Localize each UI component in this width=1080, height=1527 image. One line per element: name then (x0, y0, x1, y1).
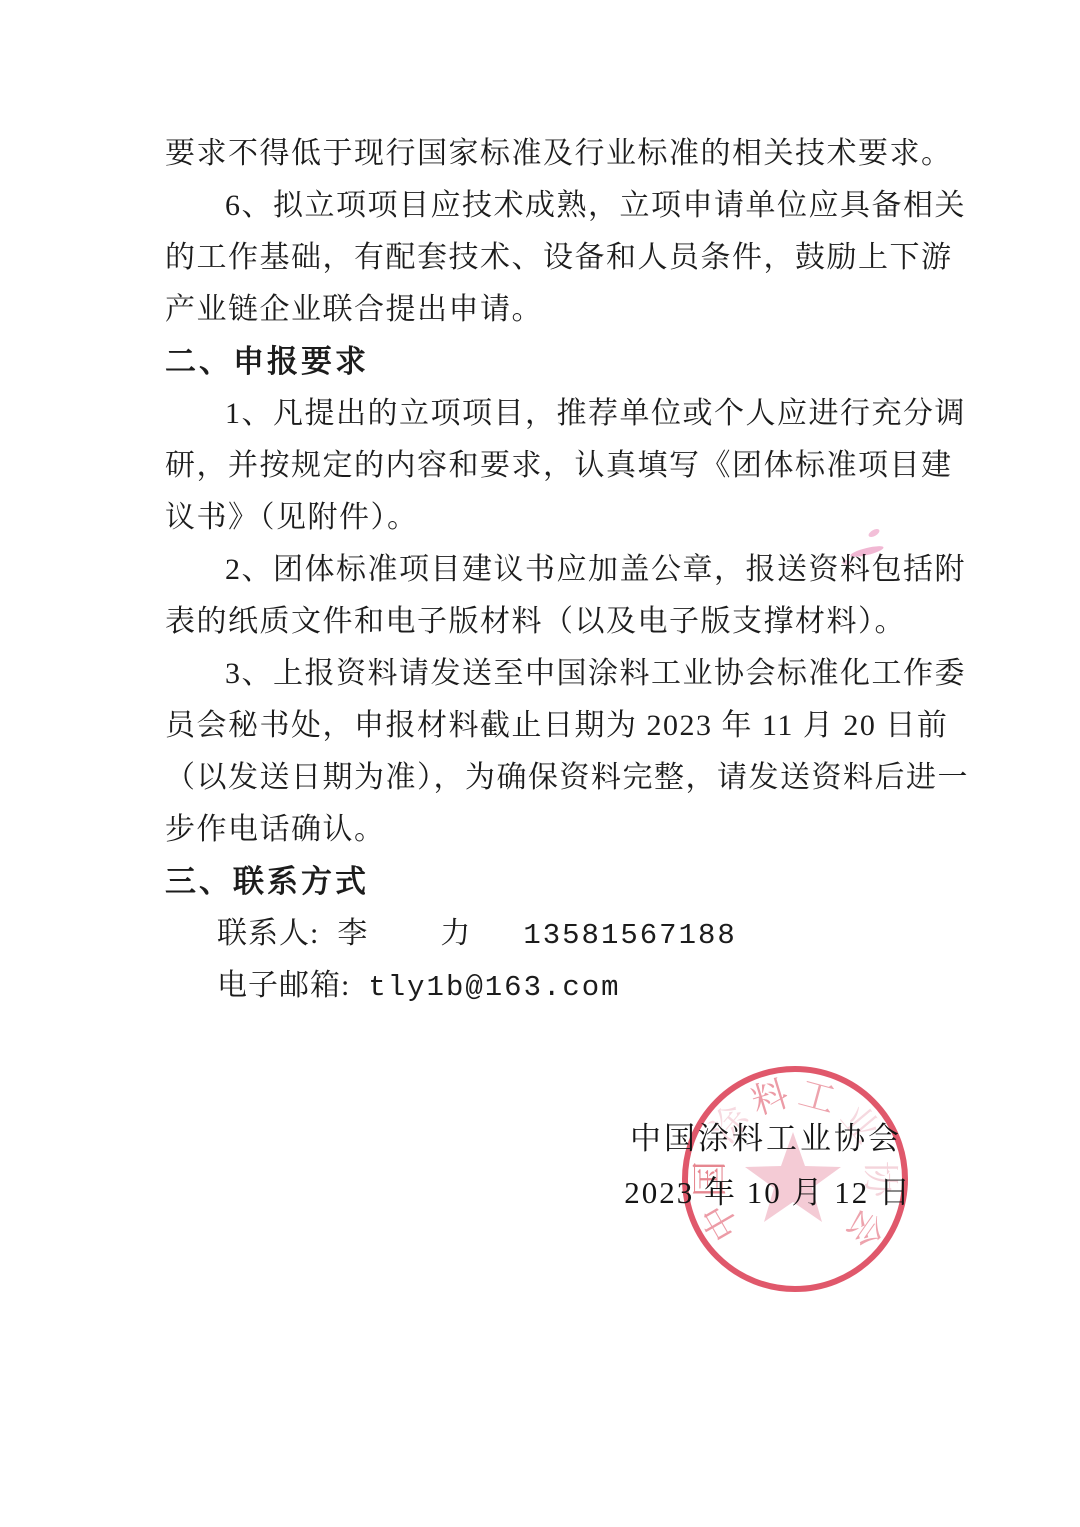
signature-date: 2023 年 10 月 12 日 (624, 1167, 912, 1212)
contact-person-row: 联系人:李力13581567188 (165, 908, 915, 960)
text-line: 步作电话确认。 (165, 804, 915, 856)
contact-email-label: 电子邮箱: (217, 969, 350, 1002)
text-line: （以发送日期为准），为确保资料完整，请发送资料后进一 (165, 752, 915, 804)
contact-email-row: 电子邮箱:tly1b@163.com (165, 960, 915, 1012)
text-line: 研，并按规定的内容和要求，认真填写《团体标准项目建 (165, 440, 915, 492)
text-line: 的工作基础，有配套技术、设备和人员条件，鼓励上下游 (165, 232, 915, 284)
scanned-notice-page: { "page": { "background": "#ffffff", "te… (0, 0, 1080, 1527)
document-body: 要求不得低于现行国家标准及行业标准的相关技术要求。 6、拟立项项目应技术成熟，立… (165, 128, 915, 1012)
text-line: 1、凡提出的立项项目，推荐单位或个人应进行充分调 (165, 388, 915, 440)
text-line: 议书》（见附件）。 (165, 492, 915, 544)
signature-organization: 中国涂料工业协会 (630, 1113, 902, 1158)
text-line: 员会秘书处，申报材料截止日期为 2023 年 11 月 20 日前 (165, 700, 915, 752)
text-line: 3、上报资料请发送至中国涂料工业协会标准化工作委 (165, 648, 915, 700)
contact-email: tly1b@163.com (368, 971, 620, 1004)
contact-person-label: 联系人: (217, 917, 319, 950)
text-line: 要求不得低于现行国家标准及行业标准的相关技术要求。 (165, 128, 915, 180)
contact-surname: 李 (337, 917, 368, 950)
text-line: 6、拟立项项目应技术成熟，立项申请单位应具备相关 (165, 180, 915, 232)
section-heading-contact: 三、联系方式 (165, 856, 915, 908)
contact-given-name: 力 (440, 917, 471, 950)
text-line: 表的纸质文件和电子版材料（以及电子版支撑材料）。 (165, 596, 915, 648)
text-line: 2、团体标准项目建议书应加盖公章，报送资料包括附 (165, 544, 915, 596)
section-heading-requirements: 二、申报要求 (165, 336, 915, 388)
text-line: 产业链企业联合提出申请。 (165, 284, 915, 336)
contact-phone: 13581567188 (523, 919, 736, 952)
